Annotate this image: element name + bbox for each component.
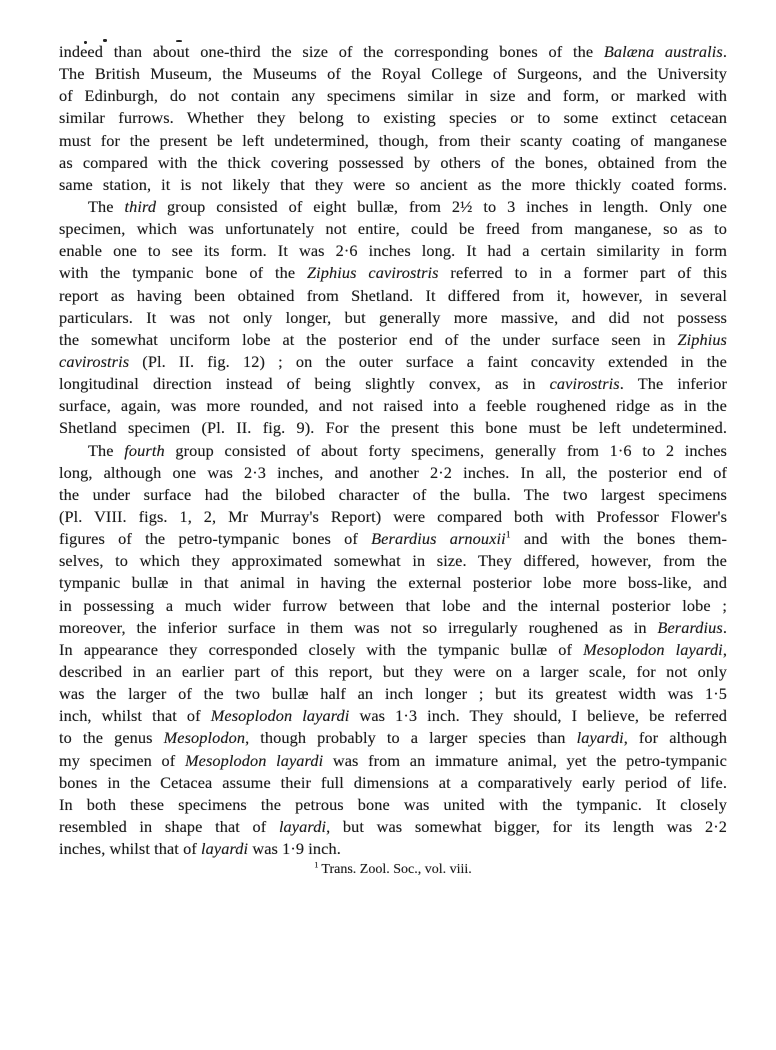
text-segment: long, although one was 2·3 inches, and a… — [59, 463, 727, 482]
text-line: (Pl. VIII. figs. 1, 2, Mr Murray's Repor… — [59, 506, 727, 528]
italic-text: Berardius arnouxii — [371, 529, 506, 548]
text-segment: inches, whilst that of — [59, 839, 201, 858]
text-line: must for the present be left undetermine… — [59, 130, 727, 152]
text-line: with the tympanic bone of the Ziphius ca… — [59, 262, 727, 284]
text-segment: with the tympanic bone of the — [59, 263, 307, 282]
text-line: long, although one was 2·3 inches, and a… — [59, 462, 727, 484]
text-segment: and with the bones them- — [511, 529, 727, 548]
text-line: bones in the Cetacea assume their full d… — [59, 772, 727, 794]
italic-text: third — [125, 197, 157, 216]
footnote: 1Trans. Zool. Soc., vol. viii. — [59, 861, 727, 879]
italic-text: fourth — [124, 441, 164, 460]
text-segment: , for although — [624, 728, 727, 747]
text-segment: Shetland specimen (Pl. II. fig. 9). For … — [59, 418, 727, 437]
text-segment: In both these specimens the petrous bone… — [59, 795, 727, 814]
text-segment: referred to in a former part of this — [439, 263, 727, 282]
text-segment: my specimen of — [59, 751, 185, 770]
text-segment: group consisted of eight bullæ, from 2½ … — [156, 197, 727, 216]
text-segment: group consisted of about forty specimens… — [165, 441, 727, 460]
italic-text: layardi — [577, 728, 624, 747]
text-segment: the somewhat unciform lobe at the poster… — [59, 330, 677, 349]
text-line: same station, it is not likely that they… — [59, 174, 727, 196]
text-segment: was 1·9 inch. — [248, 839, 341, 858]
text-line: as compared with the thick covering poss… — [59, 152, 727, 174]
text-line: The British Museum, the Museums of the R… — [59, 63, 727, 85]
footnote-text: Trans. Zool. Soc., vol. viii. — [321, 862, 471, 877]
text-segment: same station, it is not likely that they… — [59, 175, 727, 194]
text-line: described in an earlier part of this rep… — [59, 661, 727, 683]
text-line: inch, whilst that of Mesoplodon layardi … — [59, 705, 727, 727]
italic-text: Ziphius — [677, 330, 727, 349]
text-line: In both these specimens the petrous bone… — [59, 794, 727, 816]
text-segment: was the larger of the two bullæ half an … — [59, 684, 727, 703]
text-line: surface, again, was more rounded, and no… — [59, 395, 727, 417]
text-segment: , — [723, 640, 727, 659]
text-segment: (Pl. VIII. figs. 1, 2, Mr Murray's Repor… — [59, 507, 727, 526]
text-segment: must for the present be left undetermine… — [59, 131, 727, 150]
text-line: in possessing a much wider furrow betwee… — [59, 595, 727, 617]
text-segment: figures of the petro-tympanic bones of — [59, 529, 371, 548]
text-segment: report as having been obtained from Shet… — [59, 286, 727, 305]
text-segment: . The inferior — [620, 374, 727, 393]
italic-text: cavirostris — [550, 374, 620, 393]
italic-text: Berardius — [657, 618, 722, 637]
document-page: indeed than about one-third the size of … — [0, 0, 776, 1050]
text-segment: in possessing a much wider furrow betwee… — [59, 596, 727, 615]
text-segment: longitudinal direction instead of being … — [59, 374, 550, 393]
text-line: moreover, the inferior surface in them w… — [59, 617, 727, 639]
text-segment: bones in the Cetacea assume their full d… — [59, 773, 727, 792]
italic-text: cavirostris — [59, 352, 129, 371]
text-segment: as compared with the thick covering poss… — [59, 153, 727, 172]
text-line: selves, to which they approximated somew… — [59, 550, 727, 572]
text-segment: . — [723, 42, 727, 61]
text-line: report as having been obtained from Shet… — [59, 285, 727, 307]
text-segment: described in an earlier part of this rep… — [59, 662, 727, 681]
text-line: resembled in shape that of layardi, but … — [59, 816, 727, 838]
text-segment: The — [88, 441, 124, 460]
text-line: to the genus Mesoplodon, though probably… — [59, 727, 727, 749]
text-segment: . — [723, 618, 727, 637]
italic-text: layardi — [201, 839, 248, 858]
italic-text: Ziphius cavirostris — [307, 263, 439, 282]
text-segment: was from an immature animal, yet the pet… — [323, 751, 727, 770]
text-line: tympanic bullæ in that animal in having … — [59, 572, 727, 594]
text-segment: tympanic bullæ in that animal in having … — [59, 573, 727, 592]
text-line: longitudinal direction instead of being … — [59, 373, 727, 395]
text-line: inches, whilst that of layardi was 1·9 i… — [59, 838, 727, 860]
text-segment: (Pl. II. fig. 12) ; on the outer surface… — [129, 352, 727, 371]
italic-text: Mesoplodon layardi — [211, 706, 350, 725]
text-segment: inch, whilst that of — [59, 706, 211, 725]
text-line: specimen, which was unfortunately not en… — [59, 218, 727, 240]
text-line: The third group consisted of eight bullæ… — [59, 196, 727, 218]
text-line: In appearance they corresponded closely … — [59, 639, 727, 661]
text-segment: surface, again, was more rounded, and no… — [59, 396, 727, 415]
text-line: cavirostris (Pl. II. fig. 12) ; on the o… — [59, 351, 727, 373]
text-segment: The — [88, 197, 125, 216]
text-line: enable one to see its form. It was 2·6 i… — [59, 240, 727, 262]
text-line: figures of the petro-tympanic bones of B… — [59, 528, 727, 550]
footnote-marker: 1 — [314, 860, 318, 869]
text-segment: , though probably to a larger species th… — [245, 728, 576, 747]
text-line: my specimen of Mesoplodon layardi was fr… — [59, 750, 727, 772]
text-segment: particulars. It was not only longer, but… — [59, 308, 727, 327]
text-line: of Edinburgh, do not contain any specime… — [59, 85, 727, 107]
text-segment: moreover, the inferior surface in them w… — [59, 618, 657, 637]
body-text: indeed than about one-third the size of … — [59, 41, 727, 860]
text-segment: to the genus — [59, 728, 164, 747]
italic-text: layardi — [279, 817, 326, 836]
text-segment: The British Museum, the Museums of the R… — [59, 64, 727, 83]
text-segment: similar furrows. Whether they belong to … — [59, 108, 727, 127]
text-segment: In appearance they corresponded closely … — [59, 640, 583, 659]
italic-text: Mesoplodon layardi — [185, 751, 323, 770]
text-segment: was 1·3 inch. They should, I believe, be… — [349, 706, 727, 725]
italic-text: Mesoplodon — [164, 728, 246, 747]
text-segment: enable one to see its form. It was 2·6 i… — [59, 241, 727, 260]
text-line: indeed than about one-third the size of … — [59, 41, 727, 63]
text-line: was the larger of the two bullæ half an … — [59, 683, 727, 705]
text-segment: , but was somewhat bigger, for its lengt… — [326, 817, 727, 836]
text-line: particulars. It was not only longer, but… — [59, 307, 727, 329]
text-segment: specimen, which was unfortunately not en… — [59, 219, 727, 238]
text-line: the under surface had the bilobed charac… — [59, 484, 727, 506]
text-line: The fourth group consisted of about fort… — [59, 440, 727, 462]
italic-text: Balæna australis — [604, 42, 723, 61]
text-segment: selves, to which they approximated somew… — [59, 551, 727, 570]
italic-text: Mesoplodon layardi — [583, 640, 723, 659]
text-line: Shetland specimen (Pl. II. fig. 9). For … — [59, 417, 727, 439]
text-line: the somewhat unciform lobe at the poster… — [59, 329, 727, 351]
text-segment: resembled in shape that of — [59, 817, 279, 836]
text-segment: indeed than about one-third the size of … — [59, 42, 604, 61]
text-segment: the under surface had the bilobed charac… — [59, 485, 727, 504]
text-segment: of Edinburgh, do not contain any specime… — [59, 86, 727, 105]
text-line: similar furrows. Whether they belong to … — [59, 107, 727, 129]
